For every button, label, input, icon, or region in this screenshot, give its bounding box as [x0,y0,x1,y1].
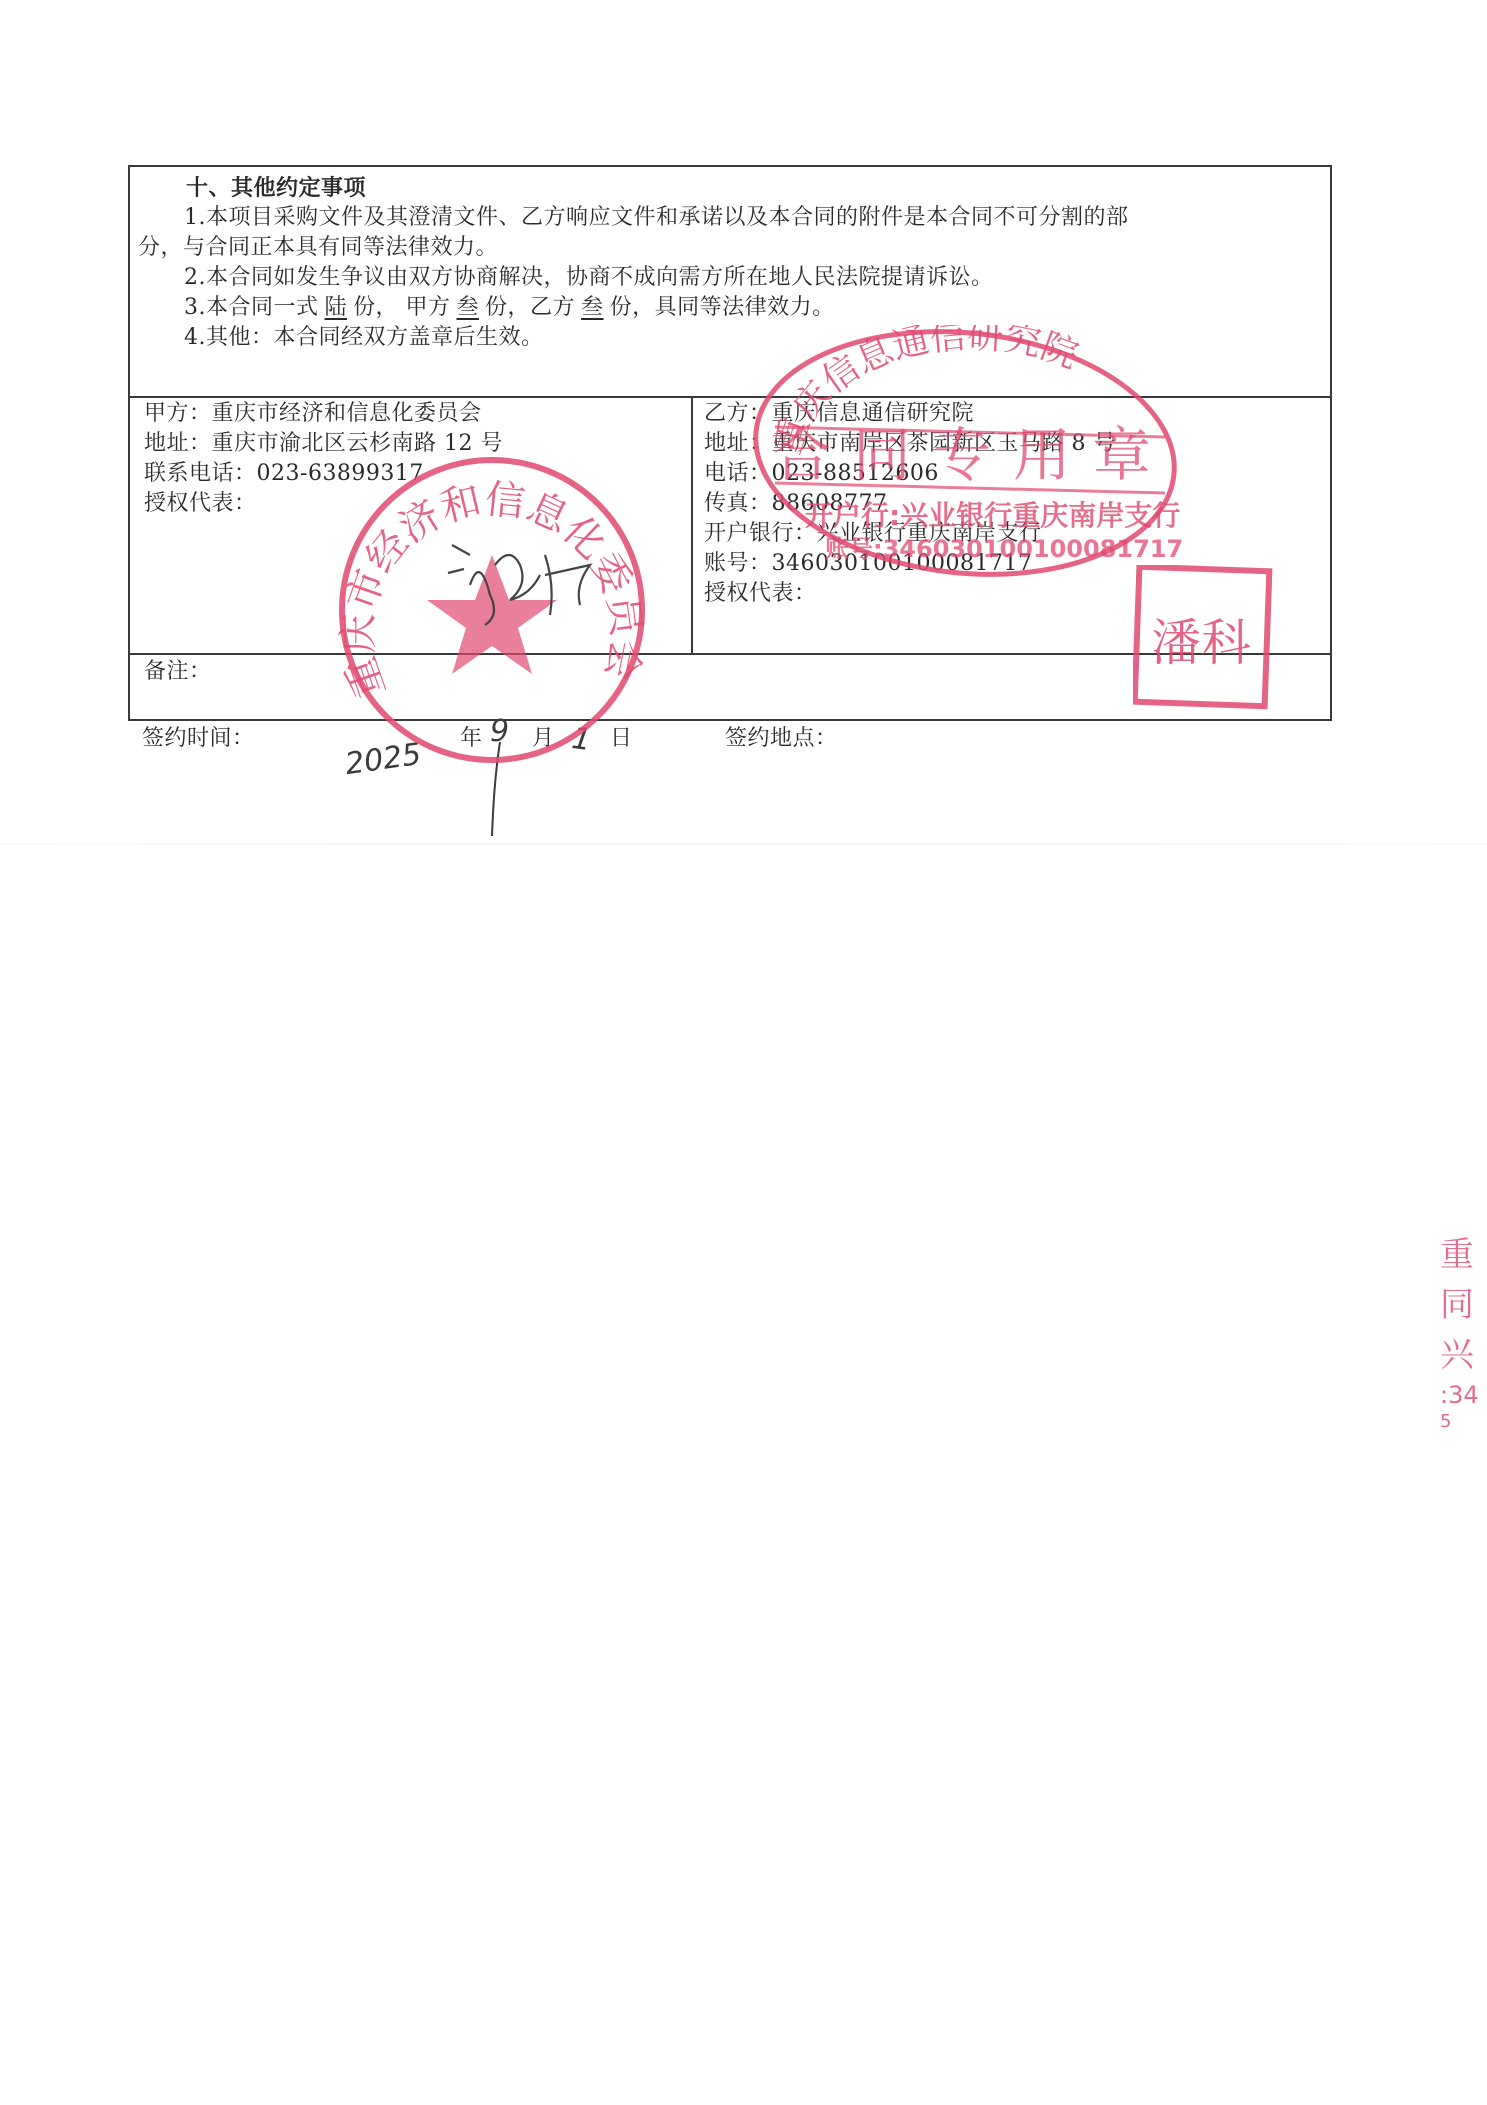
contract-table: 十、其他约定事项 1.本项目采购文件及其澄清文件、乙方响应文件和承诺以及本合同的… [128,165,1332,721]
party-b-phone: 023-88512606 [772,461,939,486]
party-b-rep-label: 授权代表： [704,579,817,609]
edge-fragment-char: 同 [1440,1280,1487,1330]
party-b-fax-label: 传真： [704,491,772,516]
total-copies: 陆 [319,295,354,320]
remarks-label: 备注： [144,657,212,687]
party-a-address: 重庆市渝北区云杉南路 12 号 [212,431,503,456]
party-b-address-label: 地址： [704,431,772,456]
party-a-address-row: 地址：重庆市渝北区云杉南路 12 号 [144,429,503,459]
party-a-name: 重庆市经济和信息化委员会 [212,401,482,426]
edge-fragment-char: 5 [1440,1410,1487,1434]
term-3-suffix: 份，具同等法律效力。 [610,295,835,320]
party-b-bank-row: 开户银行：兴业银行重庆南岸支行 [704,519,1042,549]
party-a-label: 甲方： [144,401,212,426]
handwritten-year: 2025 [343,737,423,782]
term-3-mid1: 份， 甲方 [353,295,451,320]
edge-fragment-char: :34 [1440,1380,1487,1410]
party-b-fax: 88608777 [772,491,888,516]
party-b-account-row: 账号：346030100100081717 [704,549,1032,579]
divider-terms [130,396,1330,398]
party-b-copies: 叁 [575,295,610,320]
month-label: 月 [532,724,555,754]
party-b-phone-label: 电话： [704,461,772,486]
pen-stroke [470,740,510,840]
party-b-address-row: 地址：重庆市南岸区茶园新区玉马路 8 号 [704,429,1116,459]
party-b-phone-row: 电话：023-88512606 [704,459,939,489]
term-1-line2: 分，与合同正本具有同等法律效力。 [138,233,498,263]
edge-seal-fragment: 重 同 兴 :34 5 [1440,1230,1487,1434]
party-b-name: 重庆信息通信研究院 [772,401,975,426]
divider-parties [130,653,1330,655]
contract-page: 十、其他约定事项 1.本项目采购文件及其澄清文件、乙方响应文件和承诺以及本合同的… [0,0,1487,2105]
year-label: 年 [460,724,483,754]
handwritten-month: 9 [490,714,509,749]
term-3: 3.本合同一式陆份， 甲方叁份，乙方叁份，具同等法律效力。 [184,293,835,323]
section-heading: 十、其他约定事项 [186,173,366,203]
term-2: 2.本合同如发生争议由双方协商解决，协商不成向需方所在地人民法院提请诉讼。 [184,263,994,293]
party-a-phone-row: 联系电话：023-63899317 [144,459,424,489]
party-b-address: 重庆市南岸区茶园新区玉马路 8 号 [772,431,1117,456]
party-a-rep-label: 授权代表： [144,489,257,519]
party-b-label: 乙方： [704,401,772,426]
scan-artifact-line [0,843,1487,845]
term-3-prefix: 3.本合同一式 [184,295,319,320]
party-b-name-row: 乙方：重庆信息通信研究院 [704,399,974,429]
party-b-account-label: 账号： [704,551,772,576]
divider-party-columns [691,396,693,653]
term-4: 4.其他：本合同经双方盖章后生效。 [184,323,544,353]
day-label: 日 [610,724,633,754]
party-a-copies: 叁 [451,295,486,320]
party-a-name-row: 甲方：重庆市经济和信息化委员会 [144,399,482,429]
handwritten-day: 1 [570,721,594,758]
term-1-line1: 1.本项目采购文件及其澄清文件、乙方响应文件和承诺以及本合同的附件是本合同不可分… [184,203,1129,233]
party-b-fax-row: 传真：88608777 [704,489,888,519]
party-a-phone-label: 联系电话： [144,461,257,486]
party-a-phone: 023-63899317 [257,461,424,486]
edge-fragment-char: 兴 [1440,1330,1487,1380]
edge-fragment-char: 重 [1440,1230,1487,1280]
term-3-mid2: 份，乙方 [485,295,575,320]
party-b-bank-label: 开户银行： [704,521,817,546]
signing-place-label: 签约地点： [725,724,838,754]
party-a-address-label: 地址： [144,431,212,456]
party-b-bank: 兴业银行重庆南岸支行 [817,521,1042,546]
party-b-account: 346030100100081717 [772,551,1033,576]
signing-time-label: 签约时间： [142,724,255,754]
